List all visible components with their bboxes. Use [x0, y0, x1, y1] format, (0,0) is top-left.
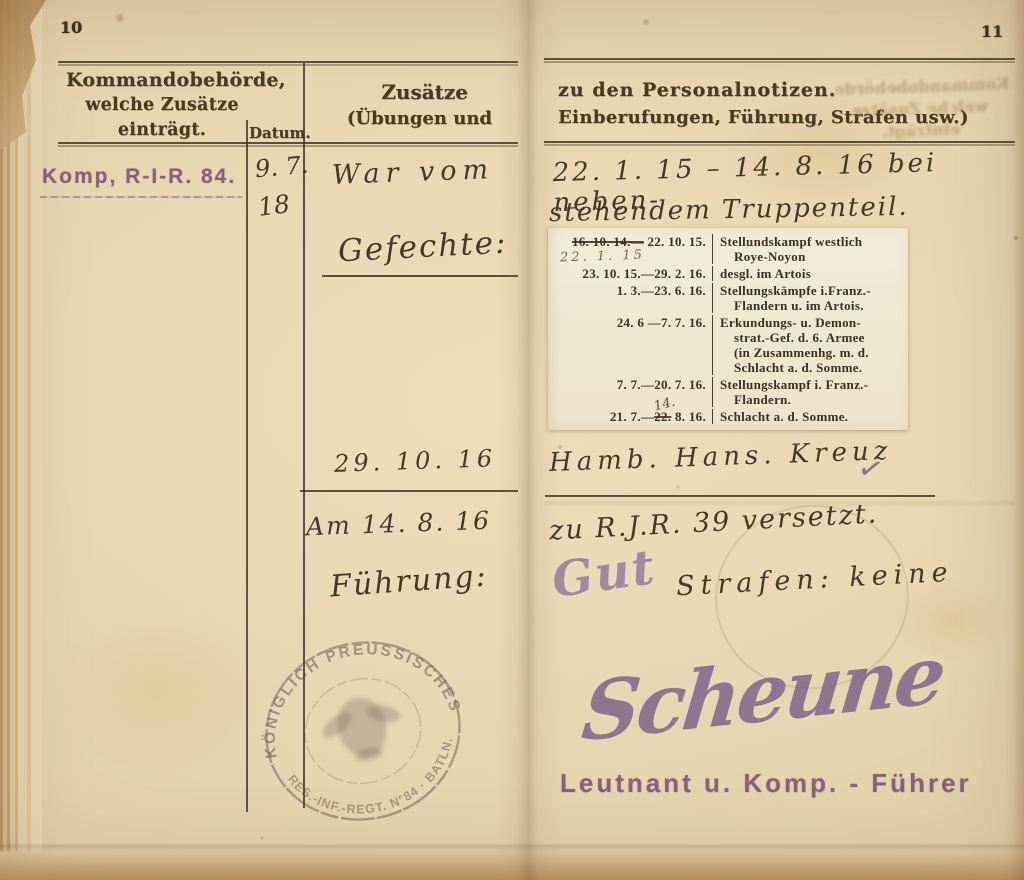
authority-header-line2: welche Zusätze einträgt.	[66, 93, 258, 143]
signature-title-stamp: Leutnant u. Komp. - Führer	[560, 768, 972, 799]
slip-text-line: strat.-Gef. d. 6. Armee	[734, 330, 906, 345]
slip-text-line: Erkundungs- u. Demon-	[720, 315, 906, 330]
right-top-rule	[544, 58, 1015, 63]
slip-date: 7. 7.—20. 7. 16.	[617, 377, 706, 392]
slip-text-line: Schlacht a. d. Somme.	[720, 409, 906, 424]
battle-slip-dates: 7. 7.—20. 7. 16.	[548, 377, 712, 407]
battle-slip-dates: 16. 10. 14.— 22. 10. 15.22. 1. 15	[548, 234, 712, 264]
unit-stamp-underline	[40, 196, 242, 198]
additions-header-line2: (Übungen und	[330, 108, 492, 129]
battle-slip-dates: 23. 10. 15.—29. 2. 16.	[548, 266, 712, 281]
battles-label: Gefechte:	[337, 225, 508, 270]
personalnotizen-header-line1: zu den Personalnotizen.	[558, 79, 836, 101]
battle-slip-description: desgl. im Artois	[712, 266, 906, 281]
book-gutter	[498, 0, 562, 880]
battle-slip-description: Schlacht a. d. Somme.	[712, 409, 906, 424]
battle-slip-description: Stellungskampf i. Franz.-Flandern.	[712, 377, 906, 407]
slip-date: 24. 6 —7. 7. 16.	[617, 315, 706, 330]
battle-slip-row: 23. 10. 15.—29. 2. 16. desgl. im Artois	[548, 266, 906, 281]
battle-slip-row: 16. 10. 14.— 22. 10. 15.22. 1. 15 Stellu…	[548, 234, 906, 264]
date-column-label: Datum.	[249, 124, 311, 142]
slip-text-line: Flandern u. im Artois.	[734, 298, 906, 313]
page-number-right: 11	[981, 22, 1003, 41]
eagle-emblem	[313, 688, 412, 771]
slip-text-line: Roye-Noyon	[734, 249, 906, 264]
battle-slip-description: Erkundungs- u. Demon-strat.-Gef. d. 6. A…	[712, 315, 906, 375]
handwritten-date-year: 18	[256, 189, 291, 222]
battle-slip-dates: 24. 6 —7. 7. 16.	[548, 315, 712, 375]
battle-slip-dates: 1. 3.—23. 6. 16.	[548, 283, 712, 313]
slip-date: 1. 3.—23. 6. 16.	[617, 283, 706, 298]
slip-date: 8. 16.	[671, 409, 706, 424]
handwritten-note: War vom	[332, 154, 495, 191]
handwritten-date-3: Am 14. 8. 16	[306, 506, 492, 541]
battle-slip-dates: 21. 7.—14.22. 8. 16.	[548, 409, 712, 424]
battle-slip-row: 1. 3.—23. 6. 16. Stellungskämpfe i.Franz…	[548, 283, 906, 313]
authority-column-header: Kommandobehörde, welche Zusätze einträgt…	[66, 68, 258, 143]
conduct-label: Führung:	[329, 559, 489, 605]
battle-slip-description: Stellungskämpfe i.Franz.-Flandern u. im …	[712, 283, 906, 313]
slip-date: 23. 10. 15.—29. 2. 16.	[582, 266, 706, 281]
bottom-page-edges	[0, 843, 1024, 880]
left-entry-rule	[300, 490, 518, 492]
bleedthrough-text: Kommandobehörde, welche Zusätze einträgt…	[819, 73, 1021, 146]
slip-text-line: Stellundskampf westlich	[720, 234, 906, 249]
slip-text-line: Schlacht a. d. Somme.	[734, 360, 906, 375]
slip-text-line: desgl. im Artois	[720, 266, 906, 281]
slip-text-line: Stellungskampf i. Franz.-	[720, 377, 906, 392]
right-entry-rule	[545, 495, 935, 497]
slip-text-line: (in Zusammenhg. m. d.	[734, 345, 906, 360]
additions-header-line1: Zusätze	[330, 80, 468, 104]
regiment-seal-stamp: KÖNIGLICH PREUSSISCHES RES.-INF.-REGT. N…	[234, 610, 491, 852]
handwritten-date: 9. 7.	[254, 151, 310, 184]
battle-slip-description: Stellundskampf westlichRoye-Noyon	[712, 234, 906, 264]
award-note: Hamb. Hans. Kreuz	[549, 436, 893, 478]
slip-text-line: Stellungskämpfe i.Franz.-	[720, 283, 906, 298]
authority-header-line1: Kommandobehörde,	[66, 68, 258, 93]
military-pass-scan: 10 11 Kommandobehörde, welche Zusätze ei…	[0, 0, 1024, 880]
page-number-left: 10	[60, 18, 82, 37]
struck-date: 16. 10. 14.—	[572, 234, 644, 249]
slip-date: 21. 7.—	[610, 409, 654, 424]
battle-slip-row: 7. 7.—20. 7. 16. Stellungskampf i. Franz…	[548, 377, 906, 407]
gefechte-underline	[322, 275, 518, 277]
bleedthrough-line: welche Zusätze einträgt.	[820, 95, 1021, 146]
battle-list-slip: 16. 10. 14.— 22. 10. 15.22. 1. 15 Stellu…	[548, 228, 908, 430]
unit-stamp: Komp, R-I-R. 84.	[42, 165, 236, 189]
battle-slip-row: 21. 7.—14.22. 8. 16. Schlacht a. d. Somm…	[548, 409, 906, 424]
handwritten-date-2: 29. 10. 16	[334, 444, 497, 478]
conduct-value: Gut	[549, 539, 660, 609]
battle-slip-row: 24. 6 —7. 7. 16. Erkundungs- u. Demon-st…	[548, 315, 906, 375]
left-top-rule	[58, 61, 518, 66]
service-period-line2: stehendem Truppenteil.	[549, 192, 909, 228]
slip-text-line: Flandern.	[734, 392, 906, 407]
right-header-rule	[544, 141, 1015, 146]
